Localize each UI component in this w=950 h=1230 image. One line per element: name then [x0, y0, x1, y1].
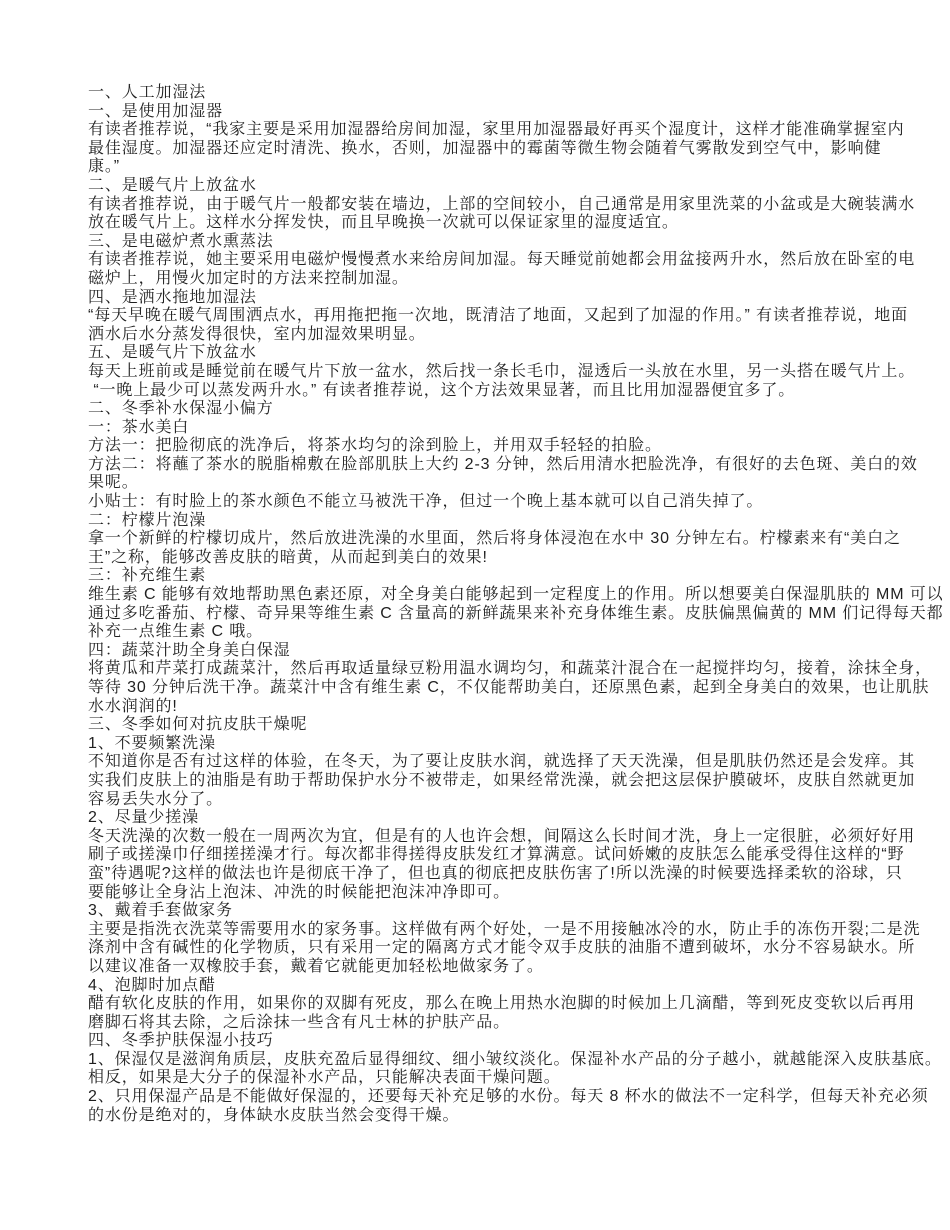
text-line: 三、是电磁炉煮水熏蒸法	[88, 233, 924, 252]
text-line: 等待 30 分钟后洗干净。蔬菜汁中含有维生素 C，不仅能帮助美白，还原黑色素，起…	[88, 679, 924, 698]
text-line: 3、戴着手套做家务	[88, 902, 924, 921]
text-line: 康。”	[88, 158, 924, 177]
text-line: 二、是暖气片上放盆水	[88, 177, 924, 196]
text-line: 放在暖气片上。这样水分挥发快，而且早晚换一次就可以保证家里的湿度适宜。	[88, 214, 924, 233]
text-line: 涤剂中含有碱性的化学物质，只有采用一定的隔离方式才能令双手皮肤的油脂不遭到破坏，…	[88, 939, 924, 958]
text-line: 最佳湿度。加湿器还应定时清洗、换水，否则，加湿器中的霉菌等微生物会随着气雾散发到…	[88, 140, 924, 159]
text-line: 拿一个新鲜的柠檬切成片，然后放进洗澡的水里面，然后将身体浸泡在水中 30 分钟左…	[88, 530, 924, 549]
text-line: 四：蔬菜汁助全身美白保湿	[88, 642, 924, 661]
text-line: 四、冬季护肤保湿小技巧	[88, 1032, 924, 1051]
text-line: 五、是暖气片下放盆水	[88, 344, 924, 363]
text-line: 4、泡脚时加点醋	[88, 977, 924, 996]
text-line: 磨脚石将其去除，之后涂抹一些含有凡士林的护肤产品。	[88, 1014, 924, 1033]
text-line: 有读者推荐说，由于暖气片一般都安装在墙边，上部的空间较小，自己通常是用家里洗菜的…	[88, 196, 924, 215]
text-line: 要能够让全身沾上泡沫、冲洗的时候能把泡沫冲净即可。	[88, 884, 924, 903]
text-line: 有读者推荐说，她主要采用电磁炉慢慢煮水来给房间加湿。每天睡觉前她都会用盆接两升水…	[88, 251, 924, 270]
text-line: 维生素 C 能够有效地帮助黑色素还原，对全身美白能够起到一定程度上的作用。所以想…	[88, 586, 924, 605]
text-line: 二、冬季补水保湿小偏方	[88, 400, 924, 419]
text-line: 醋有软化皮肤的作用，如果你的双脚有死皮，那么在晚上用热水泡脚的时候加上几滴醋，等…	[88, 995, 924, 1014]
text-line: 小贴士：有时脸上的茶水颜色不能立马被洗干净，但过一个晚上基本就可以自己消失掉了。	[88, 493, 924, 512]
text-line: 四、是洒水拖地加湿法	[88, 289, 924, 308]
text-line: 的水份是绝对的，身体缺水皮肤当然会变得干燥。	[88, 1107, 924, 1126]
text-line: 每天上班前或是睡觉前在暖气片下放一盆水，然后找一条长毛巾，湿透后一头放在水里，另…	[88, 363, 924, 382]
text-line: 1、不要频繁洗澡	[88, 735, 924, 754]
text-line: 一：茶水美白	[88, 419, 924, 438]
text-line: 三、冬季如何对抗皮肤干燥呢	[88, 716, 924, 735]
text-line: 方法一：把脸彻底的洗净后，将茶水均匀的涂到脸上，并用双手轻轻的拍脸。	[88, 437, 924, 456]
text-line: 冬天洗澡的次数一般在一周两次为宜，但是有的人也许会想，间隔这么长时间才洗，身上一…	[88, 828, 924, 847]
text-line: 2、只用保湿产品是不能做好保湿的，还要每天补充足够的水份。每天 8 杯水的做法不…	[88, 1088, 924, 1107]
text-line: 实我们皮肤上的油脂是有助于帮助保护水分不被带走，如果经常洗澡，就会把这层保护膜破…	[88, 772, 924, 791]
text-line: 补充一点维生素 C 哦。	[88, 623, 924, 642]
text-line: 主要是指洗衣洗菜等需要用水的家务事。这样做有两个好处，一是不用接触冰冷的水，防止…	[88, 921, 924, 940]
text-line: 三：补充维生素	[88, 567, 924, 586]
text-line: 有读者推荐说，“我家主要是采用加湿器给房间加湿，家里用加湿器最好再买个湿度计，这…	[88, 121, 924, 140]
text-line: 蛮”待遇呢?这样的做法也许是彻底干净了，但也真的彻底把皮肤伤害了!所以洗澡的时候…	[88, 865, 924, 884]
text-line: 通过多吃番茄、柠檬、奇异果等维生素 C 含量高的新鲜蔬果来补充身体维生素。皮肤偏…	[88, 605, 924, 624]
text-line: 将黄瓜和芹菜打成蔬菜汁，然后再取适量绿豆粉用温水调均匀，和蔬菜汁混合在一起搅拌均…	[88, 660, 924, 679]
text-line: 方法二：将蘸了茶水的脱脂棉敷在脸部肌肤上大约 2-3 分钟，然后用清水把脸洗净，…	[88, 456, 924, 475]
document-page: 一、人工加湿法一、是使用加湿器有读者推荐说，“我家主要是采用加湿器给房间加湿，家…	[0, 0, 950, 1230]
text-line: 王”之称，能够改善皮肤的暗黄，从而起到美白的效果!	[88, 549, 924, 568]
text-line: 一、人工加湿法	[88, 84, 924, 103]
text-line: 洒水后水分蒸发得很快，室内加湿效果明显。	[88, 326, 924, 345]
text-line: “一晚上最少可以蒸发两升水。” 有读者推荐说，这个方法效果显著，而且比用加湿器便…	[88, 382, 924, 401]
document-text: 一、人工加湿法一、是使用加湿器有读者推荐说，“我家主要是采用加湿器给房间加湿，家…	[88, 84, 924, 1125]
text-line: 不知道你是否有过这样的体验，在冬天，为了要让皮肤水润，就选择了天天洗澡，但是肌肤…	[88, 753, 924, 772]
text-line: 水水润润的!	[88, 698, 924, 717]
text-line: 2、尽量少搓澡	[88, 809, 924, 828]
text-line: 果呢。	[88, 474, 924, 493]
text-line: 1、保湿仅是滋润角质层，皮肤充盈后显得细纹、细小皱纹淡化。保湿补水产品的分子越小…	[88, 1051, 924, 1070]
text-line: 相反，如果是大分子的保湿补水产品，只能解决表面干燥问题。	[88, 1069, 924, 1088]
text-line: 容易丢失水分了。	[88, 791, 924, 810]
text-line: 以建议准备一双橡胶手套，戴着它就能更加轻松地做家务了。	[88, 958, 924, 977]
text-line: “每天早晚在暖气周围洒点水，再用拖把拖一次地，既清洁了地面，又起到了加湿的作用。…	[88, 307, 924, 326]
text-line: 二：柠檬片泡澡	[88, 512, 924, 531]
text-line: 磁炉上，用慢火加定时的方法来控制加湿。	[88, 270, 924, 289]
text-line: 刷子或搓澡巾仔细搓搓澡才行。每次都非得搓得皮肤发红才算满意。试问娇嫩的皮肤怎么能…	[88, 846, 924, 865]
text-line: 一、是使用加湿器	[88, 103, 924, 122]
